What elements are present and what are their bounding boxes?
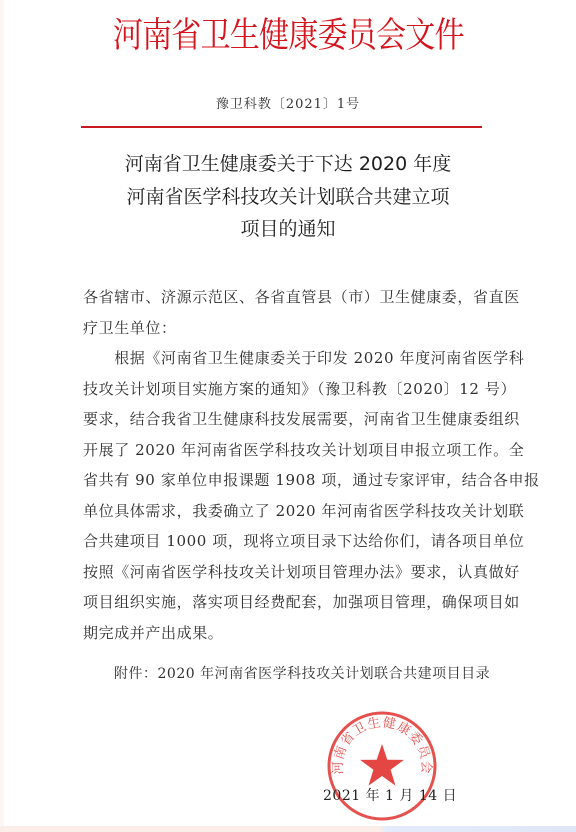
masthead-title: 河南省卫生健康委员会文件 <box>41 14 536 58</box>
body-line: 单位具体需求，我委确立了 2020 年河南省医学科技攻关计划联 <box>83 496 503 527</box>
seal-star-icon <box>360 744 404 786</box>
page-left-edge <box>0 0 4 832</box>
title-line-2: 河南省医学科技攻关计划联合共建立项 <box>0 181 576 214</box>
body-line: 合共建项目 1000 项，现将立项目录下达给你们，请各项目单位 <box>83 526 503 557</box>
body-line: 疗卫生单位： <box>83 313 503 344</box>
notice-body: 各省辖市、济源示范区、各省直管县（市）卫生健康委，省直医 疗卫生单位： 根据《河… <box>83 282 503 648</box>
body-line: 省共有 90 家单位申报课题 1908 项，通过专家评审，结合各申报 <box>83 465 503 496</box>
body-line: 各省辖市、济源示范区、各省直管县（市）卫生健康委，省直医 <box>83 282 503 313</box>
body-line: 项目组织实施，落实项目经费配套，加强项目管理，确保项目如 <box>83 587 503 618</box>
body-line: 根据《河南省卫生健康委关于印发 2020 年度河南省医学科 <box>83 343 503 374</box>
body-line: 按照《河南省医学科技攻关计划项目管理办法》要求，认真做好 <box>83 557 503 588</box>
body-line: 技攻关计划项目实施方案的通知》（豫卫科教〔2020〕12 号） <box>83 374 503 405</box>
attachment-note: 附件：2020 年河南省医学科技攻关计划联合共建项目目录 <box>114 664 490 684</box>
document-page: 河南省卫生健康委员会文件 豫卫科教〔2021〕1号 河南省卫生健康委关于下达 2… <box>0 0 576 832</box>
document-number: 豫卫科教〔2021〕1号 <box>0 96 576 114</box>
issue-date: 2021 年 1 月 14 日 <box>323 786 457 806</box>
page-bottom-edge <box>0 826 576 832</box>
title-line-1: 河南省卫生健康委关于下达 2020 年度 <box>0 148 576 181</box>
body-line: 期完成并产出成果。 <box>83 618 503 649</box>
red-divider-rule <box>81 126 482 128</box>
notice-title: 河南省卫生健康委关于下达 2020 年度 河南省医学科技攻关计划联合共建立项 项… <box>0 148 576 246</box>
title-line-3: 项目的通知 <box>0 213 576 246</box>
body-line: 要求，结合我省卫生健康科技发展需要，河南省卫生健康委组织 <box>83 404 503 435</box>
body-line: 开展了 2020 年河南省医学科技攻关计划项目申报立项工作。全 <box>83 435 503 466</box>
